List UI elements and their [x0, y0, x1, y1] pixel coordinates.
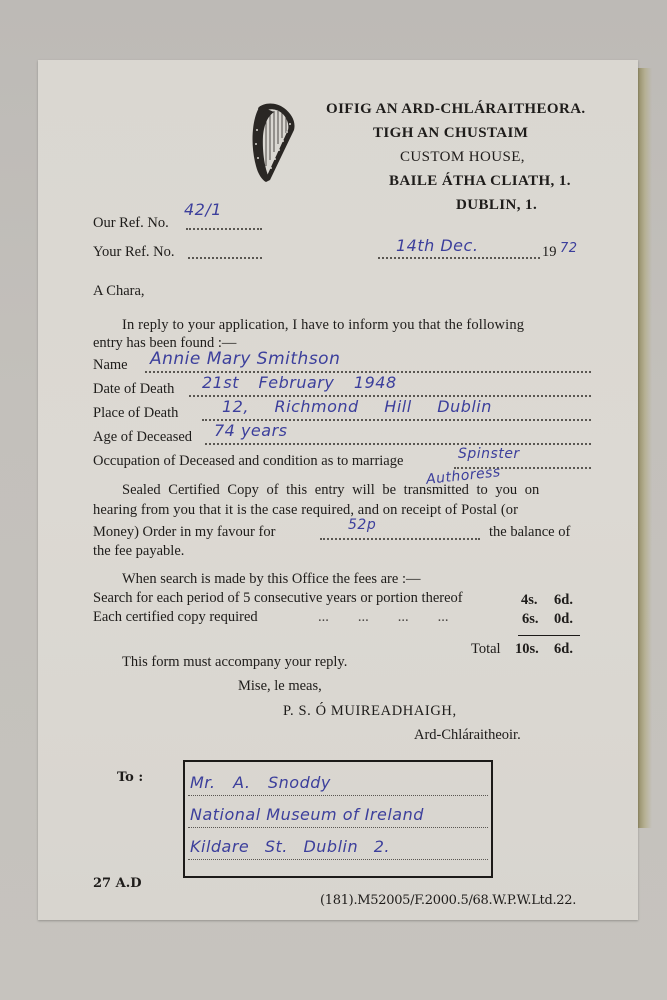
total-label: Total — [471, 641, 501, 658]
fee-row-search-label: Search for each period of 5 consecutive … — [93, 590, 463, 607]
address-line-2-rule — [188, 827, 488, 828]
form-note: This form must accompany your reply. — [122, 654, 347, 671]
year-prefix: 19 — [542, 244, 557, 261]
sealed-copy-line-3-post: the balance of — [489, 524, 570, 541]
signatory-name: P. S. Ó MUIREADHAIGH, — [283, 703, 457, 720]
your-ref-label: Your Ref. No. — [93, 244, 175, 261]
year-value[interactable]: 72 — [560, 241, 578, 256]
fee-value[interactable]: 52p — [348, 517, 376, 533]
occupation-value[interactable]: Spinster — [458, 446, 520, 462]
our-ref-label: Our Ref. No. — [93, 215, 169, 232]
date-of-death-label: Date of Death — [93, 381, 174, 398]
your-ref-field-line[interactable] — [188, 257, 262, 259]
date-field-line — [378, 257, 540, 259]
office-name-irish: OIFIG AN ARD-CHLÁRAITHEORA. — [326, 101, 586, 118]
fee-row-search-shillings: 4s. — [521, 592, 538, 609]
age-value[interactable]: 74 years — [214, 421, 287, 440]
address-line-2[interactable]: National Museum of Ireland — [190, 805, 424, 824]
fees-intro: When search is made by this Office the f… — [122, 571, 420, 588]
sealed-copy-line-2: hearing from you that it is the case req… — [93, 502, 518, 519]
total-shillings: 10s. — [515, 641, 539, 658]
building-name-english: CUSTOM HOUSE, — [400, 149, 525, 166]
age-label: Age of Deceased — [93, 429, 192, 446]
fee-row-copy-label: Each certified copy required — [93, 609, 258, 626]
fee-row-search-pence: 6d. — [554, 592, 573, 609]
total-pence: 6d. — [554, 641, 573, 658]
date-of-death-value[interactable]: 21st February 1948 — [202, 373, 397, 392]
sign-off: Mise, le meas, — [238, 678, 322, 695]
age-field-line — [205, 443, 591, 445]
our-ref-field-line — [186, 228, 262, 230]
city-english: DUBLIN, 1. — [456, 197, 537, 214]
total-rule — [518, 635, 580, 636]
sealed-copy-line-1: Sealed Certified Copy of this entry will… — [122, 482, 539, 499]
date-value[interactable]: 14th Dec. — [396, 236, 478, 255]
greeting: A Chara, — [93, 283, 145, 300]
name-label: Name — [93, 357, 128, 374]
print-code: (181).M52005/F.2000.5/68.W.P.W.Ltd.22. — [320, 893, 576, 908]
signatory-title: Ard-Chláraitheoir. — [414, 727, 521, 744]
our-ref-value[interactable]: 42/1 — [184, 200, 222, 219]
sealed-copy-line-4: the fee payable. — [93, 543, 184, 560]
paper-edge-shadow — [638, 68, 652, 828]
place-of-death-label: Place of Death — [93, 405, 178, 422]
fee-row-copy-shillings: 6s. — [522, 611, 539, 628]
address-line-3[interactable]: Kildare St. Dublin 2. — [190, 837, 390, 856]
city-irish: BAILE ÁTHA CLIATH, 1. — [389, 173, 571, 190]
form-code: 27 A.D — [93, 876, 142, 891]
fee-field-line — [320, 538, 480, 540]
building-name-irish: TIGH AN CHUSTAIM — [373, 125, 528, 142]
name-value[interactable]: Annie Mary Smithson — [150, 349, 340, 369]
to-label: To : — [117, 770, 143, 785]
intro-line-1: In reply to your application, I have to … — [122, 317, 524, 334]
harp-icon — [246, 100, 298, 186]
place-of-death-value[interactable]: 12, Richmond Hill Dublin — [222, 397, 492, 416]
sealed-copy-line-3-pre: Money) Order in my favour for — [93, 524, 275, 541]
address-line-1[interactable]: Mr. A. Snoddy — [190, 773, 331, 792]
address-line-3-rule — [188, 859, 488, 860]
fee-row-copy-leaders: ... ... ... ... — [318, 609, 449, 626]
address-line-1-rule — [188, 795, 488, 796]
fee-row-copy-pence: 0d. — [554, 611, 573, 628]
occupation-label: Occupation of Deceased and condition as … — [93, 453, 403, 470]
